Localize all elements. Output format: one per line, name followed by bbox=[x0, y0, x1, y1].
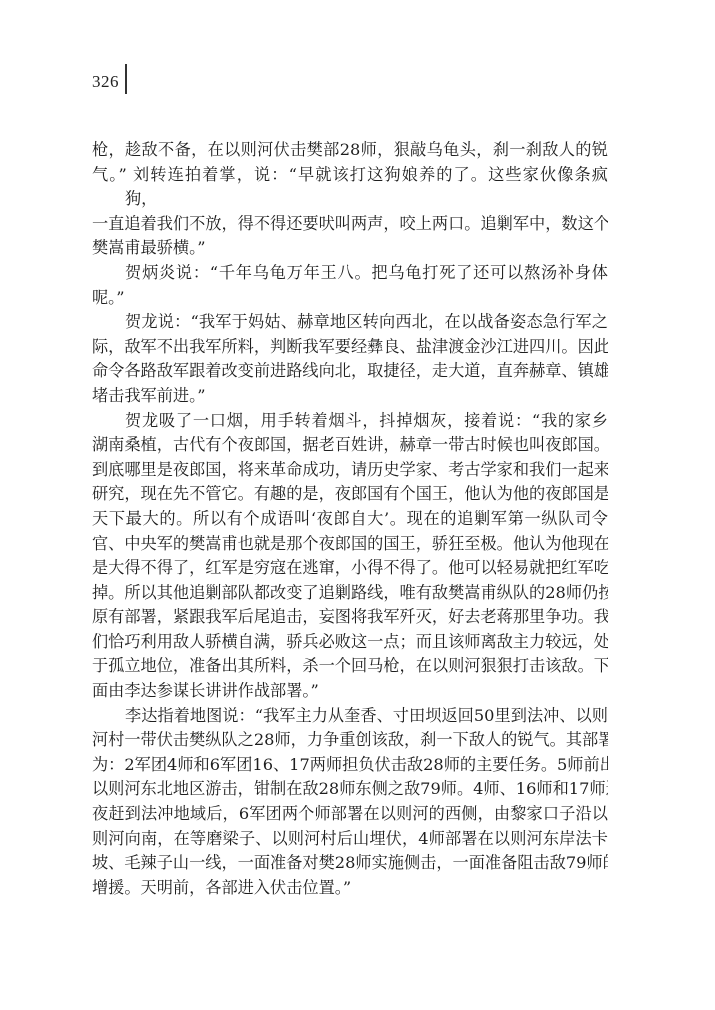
text-line: 湖南桑植，古代有个夜郎国，据老百姓讲，赫章一带古时候也叫夜郎国。 bbox=[92, 433, 608, 458]
text-line: 河村一带伏击樊纵队之28师，力争重创该敌，刹一下敌人的锐气。其部署 bbox=[92, 728, 608, 753]
header-divider bbox=[125, 64, 127, 94]
text-line: 樊嵩甫最骄横。” bbox=[92, 236, 608, 261]
text-line: 贺龙吸了一口烟，用手转着烟斗，抖掉烟灰，接着说：“我的家乡 bbox=[92, 409, 608, 434]
text-line: 掉。所以其他追剿部队都改变了追剿路线，唯有敌樊嵩甫纵队的28师仍按 bbox=[92, 581, 608, 606]
text-line: 一直追着我们不放，得不得还要吠叫两声，咬上两口。追剿军中，数这个 bbox=[92, 212, 608, 237]
text-line: 命令各路敌军跟着改变前进路线向北，取捷径，走大道，直奔赫章、镇雄 bbox=[92, 359, 608, 384]
text-line: 气。” 刘转连拍着掌，说：“早就该打这狗娘养的了。这些家伙像条疯 bbox=[92, 163, 608, 188]
text-line: 于孤立地位，准备出其所料，杀一个回马枪，在以则河狠狠打击该敌。下 bbox=[92, 654, 608, 679]
text-line: 面由李达参谋长讲讲作战部署。” bbox=[92, 679, 608, 704]
text-line: 堵击我军前进。” bbox=[92, 384, 608, 409]
text-line: 夜赶到法冲地域后，6军团两个师部署在以则河的西侧，由黎家口子沿以 bbox=[92, 802, 608, 827]
text-line: 贺龙说：“我军于妈姑、赫章地区转向西北，在以战备姿态急行军之 bbox=[92, 310, 608, 335]
text-line: 枪，趁敌不备，在以则河伏击樊部28师，狠敲乌龟头，刹一刹敌人的锐 bbox=[92, 138, 608, 163]
text-line: 际，敌军不出我军所料，判断我军要经彝良、盐津渡金沙江进四川。因此 bbox=[92, 335, 608, 360]
text-line: 李达指着地图说：“我军主力从奎香、寸田坝返回50里到法冲、以则 bbox=[92, 704, 608, 729]
text-line: 研究，现在先不管它。有趣的是，夜郎国有个国王，他认为他的夜郎国是 bbox=[92, 482, 608, 507]
body-text: 枪，趁敌不备，在以则河伏击樊部28师，狠敲乌龟头，刹一刹敌人的锐气。” 刘转连拍… bbox=[92, 138, 608, 900]
text-line: 则河向南，在等磨梁子、以则河村后山埋伏，4师部署在以则河东岸法卡 bbox=[92, 827, 608, 852]
text-line: 坡、毛辣子山一线，一面准备对樊28师实施侧击，一面准备阻击敌79师的 bbox=[92, 851, 608, 876]
text-line: 呢。” bbox=[92, 286, 608, 311]
text-line: 是大得不得了，红军是穷寇在逃窜，小得不得了。他可以轻易就把红军吃 bbox=[92, 556, 608, 581]
text-line: 狗， bbox=[92, 187, 608, 212]
page-header: 326 bbox=[92, 68, 119, 96]
text-line: 天下最大的。所以有个成语叫‘夜郎自大’。现在的追剿军第一纵队司令 bbox=[92, 507, 608, 532]
text-line: 们恰巧利用敌人骄横自满，骄兵必败这一点；而且该师离敌主力较远，处 bbox=[92, 630, 608, 655]
text-line: 为：2军团4师和6军团16、17两师担负伏击敌28师的主要任务。5师前出到 bbox=[92, 753, 608, 778]
text-line: 官、中央军的樊嵩甫也就是那个夜郎国的国王，骄狂至极。他认为他现在 bbox=[92, 532, 608, 557]
page-number: 326 bbox=[92, 72, 119, 92]
text-line: 原有部署，紧跟我军后尾追击，妄图将我军歼灭，好去老蒋那里争功。我 bbox=[92, 605, 608, 630]
text-line: 贺炳炎说：“千年乌龟万年王八。把乌龟打死了还可以熬汤补身体 bbox=[92, 261, 608, 286]
text-line: 以则河东北地区游击，钳制在敌28师东侧之敌79师。4师、16师和17师连 bbox=[92, 777, 608, 802]
text-line: 增援。天明前，各部进入伏击位置。” bbox=[92, 876, 608, 901]
text-line: 到底哪里是夜郎国，将来革命成功，请历史学家、考古学家和我们一起来 bbox=[92, 458, 608, 483]
